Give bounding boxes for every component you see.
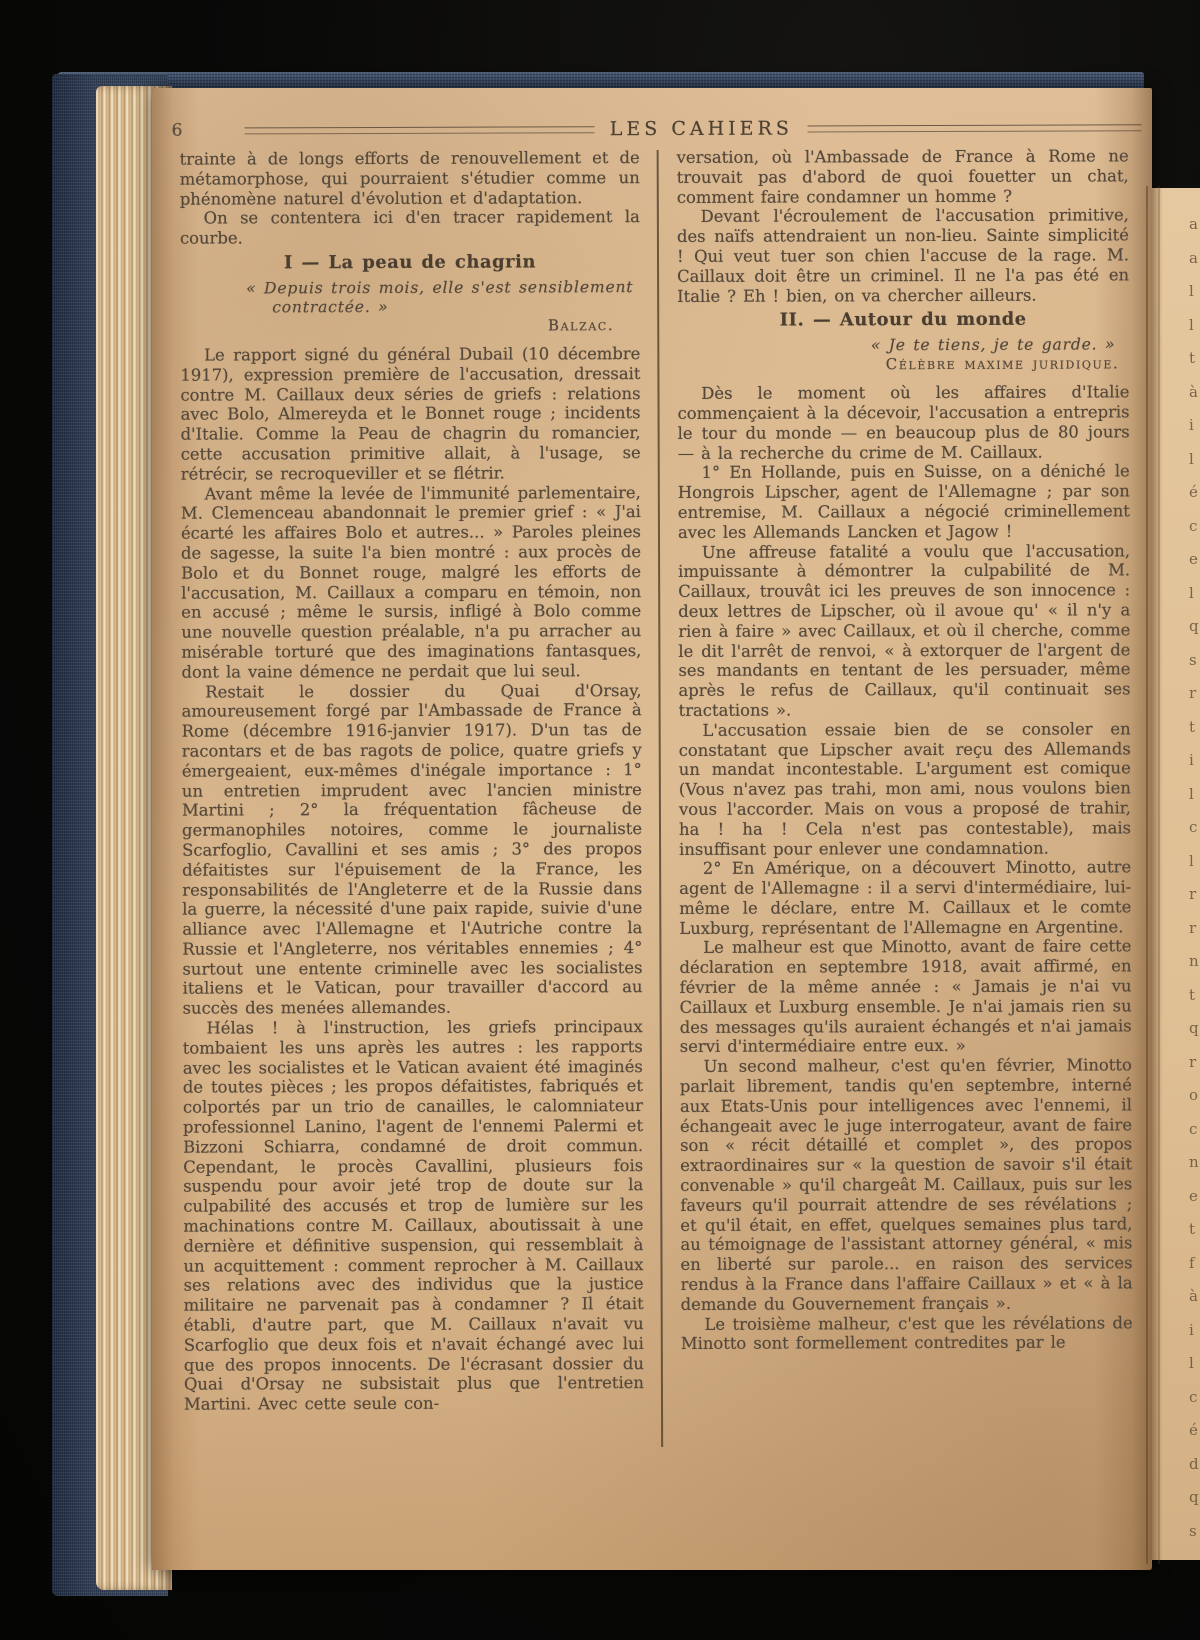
paragraph: 2° En Amérique, on a découvert Minotto, …	[679, 858, 1131, 939]
paragraph: versation, où l'Ambassade de France à Ro…	[677, 146, 1129, 207]
paragraph: Le rapport signé du général Dubail (10 d…	[180, 344, 640, 484]
journal-title: LES CAHIERS	[595, 117, 808, 140]
paragraph: L'accusation essaie bien de se consoler …	[679, 719, 1131, 859]
paragraph: Avant même la levée de l'immunité parlem…	[181, 483, 642, 683]
page-number: 6	[164, 121, 183, 141]
page-content: 6 LES CAHIERS trainte à de longs efforts…	[149, 86, 1154, 1571]
epigraph-quote: « Je te tiens, je te garde. »	[677, 336, 1129, 357]
paragraph: On se contentera ici d'en tracer rapidem…	[180, 207, 640, 248]
paragraph: Dès le moment où les affaires d'Italie c…	[677, 383, 1129, 464]
section-heading-1: I — La peau de chagrin	[180, 252, 640, 273]
scanned-book-photo: a a l l t à i l é c e l q s r t i l c l …	[0, 0, 1200, 1640]
header-rule-left	[244, 126, 594, 134]
page-header: 6 LES CAHIERS	[164, 116, 1142, 141]
paragraph: Hélas ! à l'instruction, les griefs prin…	[183, 1017, 644, 1415]
header-rule-right	[808, 124, 1142, 132]
gutter-crease	[1158, 186, 1160, 1564]
right-column: versation, où l'Ambassade de France à Ro…	[677, 146, 1133, 1354]
paragraph: Restait le dossier du Quai d'Orsay, amou…	[181, 681, 642, 1019]
epigraph-quote: « Depuis trois mois, elle s'est sensible…	[246, 278, 644, 318]
quote-attribution: Célèbre maxime juridique.	[677, 355, 1129, 376]
left-column: trainte à de longs efforts de renouvelle…	[180, 148, 644, 1415]
paragraph: Le troisième malheur, c'est que les révé…	[681, 1313, 1133, 1354]
section-heading-2: II. — Autour du monde	[677, 310, 1129, 331]
facing-page-text-fragments: a a l l t à i l é c e l q s r t i l c l …	[1189, 208, 1200, 1538]
paragraph: 1° En Hollande, puis en Suisse, on a dén…	[678, 462, 1130, 543]
paragraph: trainte à de longs efforts de renouvelle…	[180, 148, 640, 209]
paragraph: Un second malheur, c'est qu'en février, …	[680, 1056, 1133, 1315]
paragraph: Le malheur est que Minotto, avant de fai…	[679, 937, 1131, 1057]
column-divider	[657, 150, 663, 1447]
paragraph: Une affreuse fatalité a voulu que l'accu…	[678, 541, 1131, 721]
quote-attribution: Balzac.	[180, 316, 640, 337]
paragraph: Devant l'écroulement de l'accusation pri…	[677, 206, 1129, 307]
